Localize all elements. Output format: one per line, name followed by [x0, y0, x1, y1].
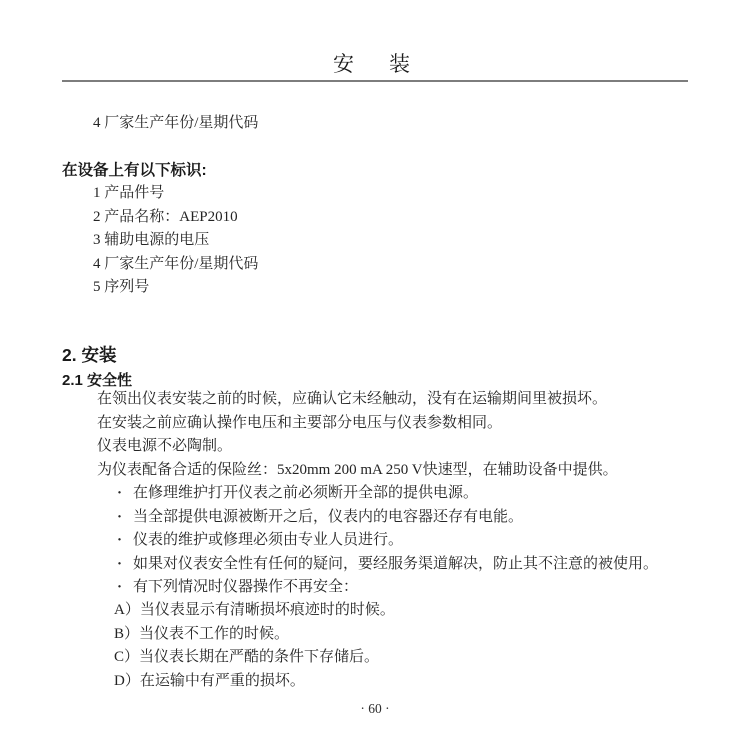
bullet-icon: · [117, 529, 133, 553]
bullet-icon: · [117, 553, 133, 577]
header-divider-line [62, 80, 688, 82]
condition-item: C）当仪表长期在严酷的条件下存储后。 [114, 646, 714, 670]
bullet-text: 如果对仪表安全性有任何的疑问，要经服务渠道解决，防止其不注意的被使用。 [133, 553, 658, 577]
bullet-item: · 在修理维护打开仪表之前必须断开全部的提供电源。 [117, 482, 717, 506]
bullet-item: · 有下列情况时仪器操作不再安全： [117, 576, 717, 600]
bullet-text: 当全部提供电源被断开之后，仪表内的电容器还存有电能。 [133, 506, 523, 530]
paragraph: 在领出仪表安装之前的时候，应确认它未经触动，没有在运输期间里被损坏。 [97, 388, 717, 412]
safety-paragraphs: 在领出仪表安装之前的时候，应确认它未经触动，没有在运输期间里被损坏。 在安装之前… [97, 388, 717, 482]
bullet-icon: · [117, 482, 133, 506]
list-item: 5 序列号 [93, 276, 258, 300]
bullet-icon: · [117, 506, 133, 530]
bullet-item: · 当全部提供电源被断开之后，仪表内的电容器还存有电能。 [117, 506, 717, 530]
list-item: 4 厂家生产年份/星期代码 [93, 253, 258, 277]
markings-list: 1 产品件号 2 产品名称：AEP2010 3 辅助电源的电压 4 厂家生产年份… [93, 182, 258, 300]
bullet-item: · 如果对仪表安全性有任何的疑问，要经服务渠道解决，防止其不注意的被使用。 [117, 553, 717, 577]
bullet-item: · 仪表的维护或修理必须由专业人员进行。 [117, 529, 717, 553]
safety-bullet-list: · 在修理维护打开仪表之前必须断开全部的提供电源。 · 当全部提供电源被断开之后… [117, 482, 717, 600]
section-title-installation: 2. 安装 [62, 342, 116, 367]
paragraph: 仪表电源不必陶制。 [97, 435, 717, 459]
paragraph: 在安装之前应确认操作电压和主要部分电压与仪表参数相同。 [97, 412, 717, 436]
list-item: 2 产品名称：AEP2010 [93, 206, 258, 230]
chapter-header-title: 安 装 [0, 48, 750, 78]
document-page: 安 装 4 厂家生产年份/星期代码 在设备上有以下标识: 1 产品件号 2 产品… [0, 0, 750, 754]
bullet-text: 仪表的维护或修理必须由专业人员进行。 [133, 529, 403, 553]
condition-item: D）在运输中有严重的损坏。 [114, 670, 714, 694]
paragraph: 为仪表配备合适的保险丝：5x20mm 200 mA 250 V快速型，在辅助设备… [97, 459, 717, 483]
page-number: · 60 · [0, 701, 750, 717]
carryover-list-item: 4 厂家生产年份/星期代码 [93, 112, 258, 136]
subsection-title-safety: 2.1 安全性 [62, 369, 132, 390]
bullet-text: 在修理维护打开仪表之前必须断开全部的提供电源。 [133, 482, 478, 506]
unsafe-condition-list: A）当仪表显示有清晰损坏痕迹时的时候。 B）当仪表不工作的时候。 C）当仪表长期… [114, 599, 714, 693]
list-item: 1 产品件号 [93, 182, 258, 206]
condition-item: B）当仪表不工作的时候。 [114, 623, 714, 647]
bullet-icon: · [117, 576, 133, 600]
markings-heading: 在设备上有以下标识: [62, 158, 207, 180]
bullet-text: 有下列情况时仪器操作不再安全： [133, 576, 358, 600]
list-item: 3 辅助电源的电压 [93, 229, 258, 253]
condition-item: A）当仪表显示有清晰损坏痕迹时的时候。 [114, 599, 714, 623]
